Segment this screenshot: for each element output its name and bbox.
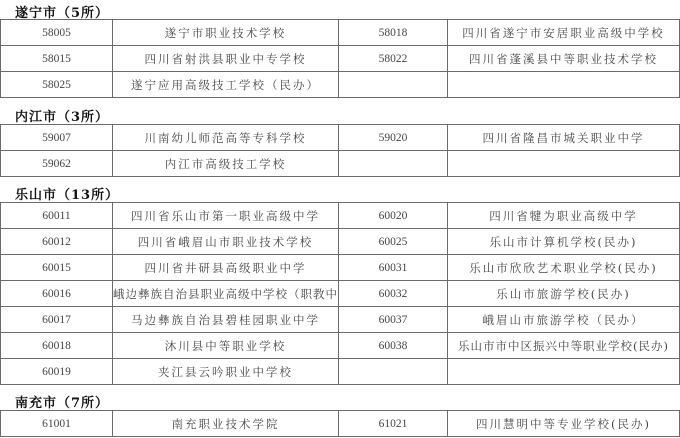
school-name: 乐山市旅游学校(民办)	[448, 281, 680, 307]
school-name: 沐川县中等职业学校	[113, 333, 339, 359]
table-row: 60019 夹江县云吟职业中学校	[1, 359, 680, 385]
school-name: 四川省峨眉山市职业技术学校	[113, 229, 339, 255]
school-code: 59062	[1, 151, 113, 177]
table-row: 58005 遂宁市职业技术学校 58018 四川省遂宁市安居职业高级中学校	[1, 20, 680, 46]
table-row: 60015 四川省井研县高级职业中学 60031 乐山市欣欣艺术职业学校(民办)	[1, 255, 680, 281]
school-code: 60020	[339, 203, 448, 229]
school-name: 四川慧明中等专业学校(民办)	[448, 411, 680, 437]
school-code: 58005	[1, 20, 113, 46]
school-code: 60032	[339, 281, 448, 307]
school-code: 58018	[339, 20, 448, 46]
school-name: 遂宁市职业技术学校	[113, 20, 339, 46]
school-name: 乐山市计算机学校(民办)	[448, 229, 680, 255]
school-name	[448, 359, 680, 385]
school-code: 58025	[1, 72, 113, 98]
school-name: 四川省遂宁市安居职业高级中学校	[448, 20, 680, 46]
school-code: 60037	[339, 307, 448, 333]
table-row: 59007 川南幼儿师范高等专科学校 59020 四川省隆昌市城关职业中学	[1, 125, 680, 151]
school-code	[339, 72, 448, 98]
table-row: 60017 马边彝族自治县碧桂园职业中学 60037 峨眉山市旅游学校（民办）	[1, 307, 680, 333]
school-code: 60018	[1, 333, 113, 359]
school-table-leshan: 60011 四川省乐山市第一职业高级中学 60020 四川省犍为职业高级中学 6…	[0, 202, 680, 385]
table-row: 61001 南充职业技术学院 61021 四川慧明中等专业学校(民办)	[1, 411, 680, 437]
school-name: 峨边彝族自治县职业高级中学校（职教中心）	[113, 281, 339, 307]
school-code: 59020	[339, 125, 448, 151]
school-code: 60019	[1, 359, 113, 385]
school-name: 峨眉山市旅游学校（民办）	[448, 307, 680, 333]
table-row: 60016 峨边彝族自治县职业高级中学校（职教中心） 60032 乐山市旅游学校…	[1, 281, 680, 307]
table-row: 60018 沐川县中等职业学校 60038 乐山市市中区振兴中等职业学校(民办)	[1, 333, 680, 359]
school-name: 内江市高级技工学校	[113, 151, 339, 177]
school-name: 四川省隆昌市城关职业中学	[448, 125, 680, 151]
table-row: 59062 内江市高级技工学校	[1, 151, 680, 177]
section-title-neijiang: 内江市（3所）	[15, 106, 109, 125]
school-name: 四川省蓬溪县中等职业技术学校	[448, 46, 680, 72]
table-row: 58025 遂宁应用高级技工学校（民办）	[1, 72, 680, 98]
section-title-nanchong: 南充市（7所）	[15, 392, 109, 411]
school-name: 四川省射洪县职业中专学校	[113, 46, 339, 72]
school-name: 遂宁应用高级技工学校（民办）	[113, 72, 339, 98]
school-code: 60015	[1, 255, 113, 281]
school-table-suining: 58005 遂宁市职业技术学校 58018 四川省遂宁市安居职业高级中学校 58…	[0, 19, 680, 98]
school-name	[448, 151, 680, 177]
section-title-leshan: 乐山市（13所）	[15, 184, 119, 203]
school-code: 61021	[339, 411, 448, 437]
school-code: 60031	[339, 255, 448, 281]
school-code	[339, 151, 448, 177]
school-table-neijiang: 59007 川南幼儿师范高等专科学校 59020 四川省隆昌市城关职业中学 59…	[0, 124, 680, 177]
school-name: 四川省乐山市第一职业高级中学	[113, 203, 339, 229]
school-name: 夹江县云吟职业中学校	[113, 359, 339, 385]
school-code: 60017	[1, 307, 113, 333]
school-name: 川南幼儿师范高等专科学校	[113, 125, 339, 151]
school-code: 60038	[339, 333, 448, 359]
school-name: 乐山市市中区振兴中等职业学校(民办)	[448, 333, 680, 359]
school-code: 60012	[1, 229, 113, 255]
table-row: 60012 四川省峨眉山市职业技术学校 60025 乐山市计算机学校(民办)	[1, 229, 680, 255]
table-row: 58015 四川省射洪县职业中专学校 58022 四川省蓬溪县中等职业技术学校	[1, 46, 680, 72]
school-code: 58022	[339, 46, 448, 72]
school-code: 60025	[339, 229, 448, 255]
school-table-nanchong: 61001 南充职业技术学院 61021 四川慧明中等专业学校(民办)	[0, 410, 680, 437]
school-code: 60016	[1, 281, 113, 307]
school-name	[448, 72, 680, 98]
school-code: 59007	[1, 125, 113, 151]
school-code: 60011	[1, 203, 113, 229]
school-name: 南充职业技术学院	[113, 411, 339, 437]
table-row: 60011 四川省乐山市第一职业高级中学 60020 四川省犍为职业高级中学	[1, 203, 680, 229]
school-code: 61001	[1, 411, 113, 437]
school-name: 四川省井研县高级职业中学	[113, 255, 339, 281]
school-code: 58015	[1, 46, 113, 72]
school-name: 乐山市欣欣艺术职业学校(民办)	[448, 255, 680, 281]
school-name: 四川省犍为职业高级中学	[448, 203, 680, 229]
school-code	[339, 359, 448, 385]
school-name: 马边彝族自治县碧桂园职业中学	[113, 307, 339, 333]
